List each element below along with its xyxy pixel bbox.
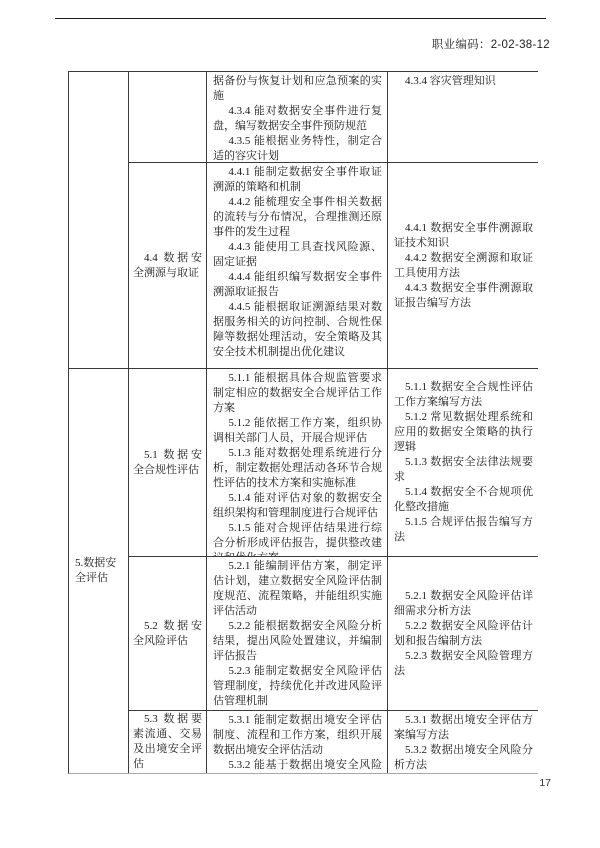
paragraph: 4.3.5 能根据业务特性，制定合适的容灾计划 — [213, 134, 382, 163]
page-number: 17 — [539, 777, 551, 789]
subcategory-cell-cont — [129, 72, 207, 163]
category-label: 5.数据安全评估 — [69, 556, 128, 586]
paragraph: 5.1.2 能依据工作方案，组织协调相关部门人员，开展合规评估 — [213, 416, 382, 446]
paragraph: 5.1.4 能对评估对象的数据安全组织架构和管理制度进行合规评估 — [213, 491, 382, 521]
paragraph: 5.1.1 能根据具体合规监管要求制定相应的数据安全合规评估工作方案 — [213, 371, 382, 416]
category-cell-5: 5.数据安全评估 — [69, 369, 129, 773]
skills-cell-5-2: 5.2.1 能编制评估方案，制定评估计划，建立数据安全风险评估制度规范、流程策略… — [207, 557, 388, 711]
paragraph: 4.4.2 能梳理安全事件相关数据的流转与分布情况，合理推测还原事件的发生过程 — [213, 195, 382, 240]
paragraph: 5.1.5 合规评估报告编写方法 — [394, 515, 533, 545]
knowledge-cell-5-1: 5.1.1 数据安全合规性评估工作方案编写方法5.1.2 常见数据处理系统和应用… — [388, 369, 538, 557]
paragraph: 5.2.2 能根据数据安全风险分析结果，提出风险处置建议，并编制评估报告 — [213, 619, 382, 664]
knowledge-cell-4-3: 4.3.4 容灾管理知识 — [388, 72, 538, 163]
paragraph: 5.1.3 能对数据处理系统进行分析，制定数据处理活动各环节合规性评估的技术方案… — [213, 446, 382, 491]
paragraph: 5.2.2 数据安全风险评估计划和报告编制方法 — [394, 619, 533, 649]
paragraph: 5.3.2 数据出境安全风险分析方法 — [394, 743, 533, 773]
subcategory-cell-5-3: 5.3 数据要素流通、交易及出境安全评估 — [129, 711, 207, 773]
paragraph: 4.4.5 能根据取证溯源结果对数据服务相关的访问控制、合规性保障等数据处理活动… — [213, 300, 382, 360]
paragraph: 4.3.4 能对数据安全事件进行复盘，编写数据安全事件预防规范 — [213, 104, 382, 134]
paragraph: 4.4.1 数据安全事件溯源取证技术知识 — [394, 221, 533, 251]
skills-cell-4-4: 4.4.1 能制定数据安全事件取证溯源的策略和机制4.4.2 能梳理安全事件相关… — [207, 163, 388, 369]
paragraph: 5.3.2 能基于数据出境安全风险分 — [213, 758, 382, 773]
category-cell-cont — [69, 72, 129, 369]
paragraph: 4.4.3 数据安全事件溯源取证报告编写方法 — [394, 281, 533, 311]
document-page: 职业编码：2-02-38-12 据备份与恢复计划和应急预案的实施4.3.4 能对… — [0, 0, 600, 848]
paragraph: 5.1.2 常见数据处理系统和应用的数据安全策略的执行逻辑 — [394, 410, 533, 455]
subcategory-cell-4-4: 4.4 数据安全溯源与取证 — [129, 163, 207, 369]
paragraph: 5.3.1 能制定数据出境安全评估制度、流程和工作方案，组织开展数据出境安全评估… — [213, 713, 382, 758]
occupation-code: 职业编码：2-02-38-12 — [432, 36, 550, 52]
subcategory-cell-5-2: 5.2 数据安全风险评估 — [129, 557, 207, 711]
paragraph: 5.1.4 数据安全不合规项优化整改措施 — [394, 485, 533, 515]
paragraph: 4.4.2 数据安全溯源和取证工具使用方法 — [394, 251, 533, 281]
paragraph: 5.2.1 数据安全风险评估详细需求分析方法 — [394, 589, 533, 619]
paragraph: 5.3.1 数据出境安全评估方案编写方法 — [394, 713, 533, 743]
subcategory-label: 5.1 数据安全合规性评估 — [129, 448, 206, 478]
paragraph: 5.1.3 数据安全法律法规要求 — [394, 455, 533, 485]
skills-cell-5-1: 5.1.1 能根据具体合规监管要求制定相应的数据安全合规评估工作方案5.1.2 … — [207, 369, 388, 557]
knowledge-cell-5-2: 5.2.1 数据安全风险评估详细需求分析方法5.2.2 数据安全风险评估计划和报… — [388, 557, 538, 711]
paragraph: 4.4.1 能制定数据安全事件取证溯源的策略和机制 — [213, 165, 382, 195]
paragraph: 5.2.3 数据安全风险管理方法 — [394, 649, 533, 679]
skills-knowledge-table: 据备份与恢复计划和应急预案的实施4.3.4 能对数据安全事件进行复盘，编写数据安… — [68, 71, 538, 774]
paragraph: 5.1.1 数据安全合规性评估工作方案编写方法 — [394, 380, 533, 410]
skills-cell-5-3: 5.3.1 能制定数据出境安全评估制度、流程和工作方案，组织开展数据出境安全评估… — [207, 711, 388, 773]
subcategory-cell-5-1: 5.1 数据安全合规性评估 — [129, 369, 207, 557]
subcategory-label: 5.3 数据要素流通、交易及出境安全评估 — [129, 712, 206, 772]
skills-cell-4-3: 据备份与恢复计划和应急预案的实施4.3.4 能对数据安全事件进行复盘，编写数据安… — [207, 72, 388, 163]
paragraph: 5.1.5 能对合规评估结果进行综合分析形成评估报告，提供整改建议和优化方案 — [213, 521, 382, 557]
paragraph: 5.2.1 能编制评估方案，制定评估计划，建立数据安全风险评估制度规范、流程策略… — [213, 559, 382, 619]
knowledge-cell-4-4: 4.4.1 数据安全事件溯源取证技术知识4.4.2 数据安全溯源和取证工具使用方… — [388, 163, 538, 369]
subcategory-label: 4.4 数据安全溯源与取证 — [129, 251, 206, 281]
subcategory-label: 5.2 数据安全风险评估 — [129, 619, 206, 649]
paragraph: 4.4.4 能组织编写数据安全事件溯源取证报告 — [213, 270, 382, 300]
header-rule — [55, 18, 546, 19]
paragraph: 据备份与恢复计划和应急预案的实施 — [213, 74, 382, 104]
knowledge-cell-5-3: 5.3.1 数据出境安全评估方案编写方法5.3.2 数据出境安全风险分析方法 — [388, 711, 538, 773]
paragraph: 4.3.4 容灾管理知识 — [394, 74, 533, 89]
paragraph: 4.4.3 能使用工具查找风险源、固定证据 — [213, 240, 382, 270]
paragraph: 5.2.3 能制定数据安全风险评估管理制度，持续优化并改进风险评估管理机制 — [213, 664, 382, 709]
